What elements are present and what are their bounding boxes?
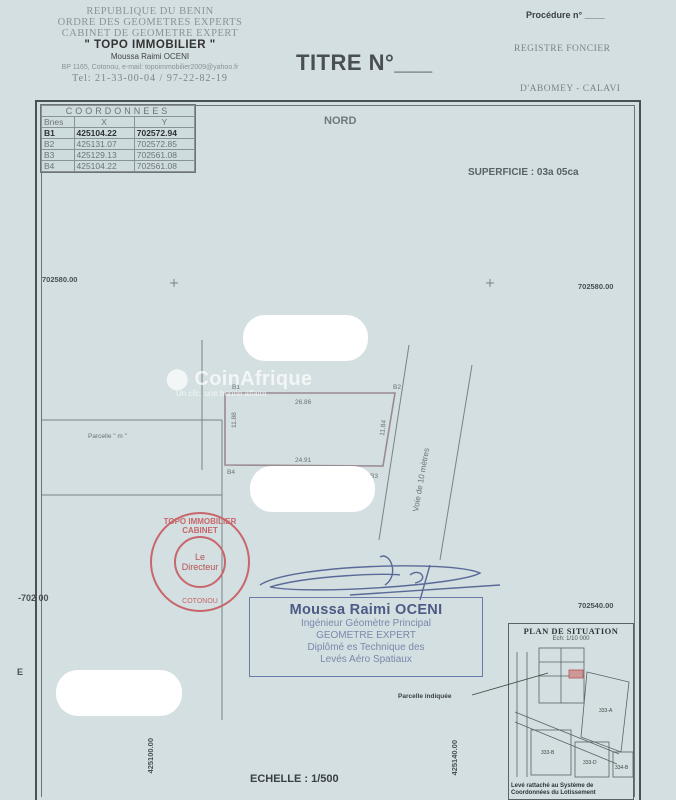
- block-label: 334-B: [615, 765, 629, 771]
- signatory-title: Levés Aéro Spatiaux: [250, 654, 482, 666]
- dimension-top: 26.86: [295, 399, 312, 406]
- location-plan: PLAN DE SITUATION Ech: 1/10 000 333-A 33…: [508, 623, 634, 800]
- block-label: 333-D: [583, 760, 597, 766]
- road-label: Voie de 10 mètres: [411, 447, 431, 512]
- signatory-name: Moussa Raimi OCENI: [250, 602, 482, 618]
- stamp-ring-text: TOPO IMMOBILIER CABINET: [152, 517, 248, 535]
- block-label: 333-A: [599, 708, 613, 714]
- stamp-bottom-text: COTONOU: [152, 598, 248, 605]
- stamp-center-text: Le Directeur: [174, 536, 226, 588]
- signatory-title: GEOMETRE EXPERT: [250, 630, 482, 642]
- scale-label: ECHELLE : 1/500: [250, 773, 339, 785]
- signatory-title: Ingénieur Géomètre Principal: [250, 618, 482, 630]
- vertex-label: B2: [393, 384, 401, 391]
- pointer-line: [470, 670, 550, 700]
- plan-footer: Levé rattaché au Système de Coordonnées …: [511, 783, 633, 797]
- plan-title: PLAN DE SITUATION: [509, 626, 633, 636]
- plan-map: 333-A 333-B 333-D 334-B: [509, 642, 634, 782]
- neighbor-parcel: Parcelle " m ": [88, 433, 128, 440]
- watermark-brand: CoinAfrique: [195, 368, 313, 390]
- redacted-area: [250, 466, 375, 512]
- coinafrique-watermark: ⬤ CoinAfrique Un clic, une bonne affaire: [166, 366, 312, 398]
- vertex-label: B4: [227, 469, 235, 476]
- dimension-bottom: 24.91: [295, 457, 312, 464]
- dimension-right: 11.84: [379, 419, 388, 436]
- block-label: 333-B: [541, 750, 555, 756]
- cabinet-stamp: TOPO IMMOBILIER CABINET Le Directeur COT…: [150, 512, 250, 612]
- signatory-title: Diplômé es Technique des: [250, 642, 482, 654]
- pin-icon: ⬤: [166, 368, 189, 390]
- redacted-area: [243, 315, 368, 361]
- redacted-area: [56, 670, 182, 716]
- signature-block: Moussa Raimi OCENI Ingénieur Géomètre Pr…: [249, 597, 483, 677]
- dimension-left: 11.88: [231, 412, 238, 428]
- parcel-pointer-label: Parcelle indiquée: [398, 693, 451, 700]
